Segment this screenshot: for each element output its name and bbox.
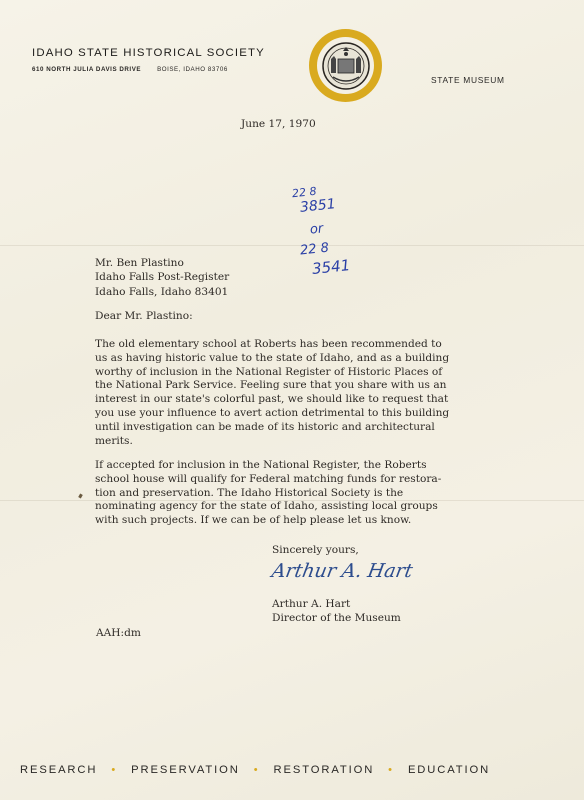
body-paragraph-1: The old elementary school at Roberts has…: [95, 338, 449, 448]
closing: Sincerely yours,: [272, 544, 359, 556]
body-line: tion and preservation. The Idaho Histori…: [95, 487, 441, 501]
reference-initials: AAH:dm: [96, 627, 141, 639]
letterhead-organization: IDAHO STATE HISTORICAL SOCIETY: [32, 47, 265, 59]
recipient-name: Mr. Ben Plastino: [95, 256, 229, 270]
margin-mark: [78, 494, 83, 499]
letterhead-footer: RESEARCH•PRESERVATION•RESTORATION•EDUCAT…: [20, 764, 490, 776]
signer-title: Director of the Museum: [272, 611, 401, 625]
handwritten-note: 3541: [311, 256, 351, 278]
body-line: you use your influence to avert action d…: [95, 407, 449, 421]
footer-separator: •: [388, 764, 394, 776]
body-line: If accepted for inclusion in the Nationa…: [95, 459, 441, 473]
letter-page: IDAHO STATE HISTORICAL SOCIETY 610 NORTH…: [0, 0, 584, 800]
letterhead-address: 610 NORTH JULIA DAVIS DRIVEBOISE, IDAHO …: [32, 66, 228, 73]
body-line: until investigation can be made of its h…: [95, 421, 449, 435]
footer-separator: •: [254, 764, 260, 776]
signer-name: Arthur A. Hart: [272, 597, 401, 611]
body-line: worthy of inclusion in the National Regi…: [95, 366, 449, 380]
body-line: interest in our state's colorful past, w…: [95, 393, 449, 407]
body-line: school house will qualify for Federal ma…: [95, 473, 441, 487]
letter-date: June 17, 1970: [241, 118, 316, 130]
signature: Arthur A. Hart: [270, 560, 414, 582]
body-line: merits.: [95, 435, 449, 449]
body-line: with such projects. If we can be of help…: [95, 514, 441, 528]
recipient-organization: Idaho Falls Post-Register: [95, 270, 229, 284]
letterhead-department: STATE MUSEUM: [431, 75, 505, 85]
body-line: The old elementary school at Roberts has…: [95, 338, 449, 352]
letterhead-city: BOISE, IDAHO 83706: [157, 66, 228, 73]
letterhead-street: 610 NORTH JULIA DAVIS DRIVE: [32, 66, 141, 73]
handwritten-note: 22 8: [299, 241, 329, 259]
salutation: Dear Mr. Plastino:: [95, 310, 193, 322]
body-line: the National Park Service. Feeling sure …: [95, 379, 449, 393]
footer-item-preservation: PRESERVATION: [131, 764, 240, 776]
body-line: us as having historic value to the state…: [95, 352, 449, 366]
footer-item-research: RESEARCH: [20, 764, 97, 776]
signature-block: Arthur A. Hart Director of the Museum: [272, 597, 401, 625]
footer-item-education: EDUCATION: [408, 764, 490, 776]
recipient-address: Mr. Ben Plastino Idaho Falls Post-Regist…: [95, 256, 229, 299]
recipient-city: Idaho Falls, Idaho 83401: [95, 285, 229, 299]
handwritten-note: or: [309, 221, 324, 237]
state-seal-icon: [309, 29, 382, 102]
body-line: nominating agency for the state of Idaho…: [95, 500, 441, 514]
body-paragraph-2: If accepted for inclusion in the Nationa…: [95, 459, 441, 528]
footer-item-restoration: RESTORATION: [274, 764, 375, 776]
footer-separator: •: [111, 764, 117, 776]
handwritten-note: 3851: [299, 196, 336, 216]
